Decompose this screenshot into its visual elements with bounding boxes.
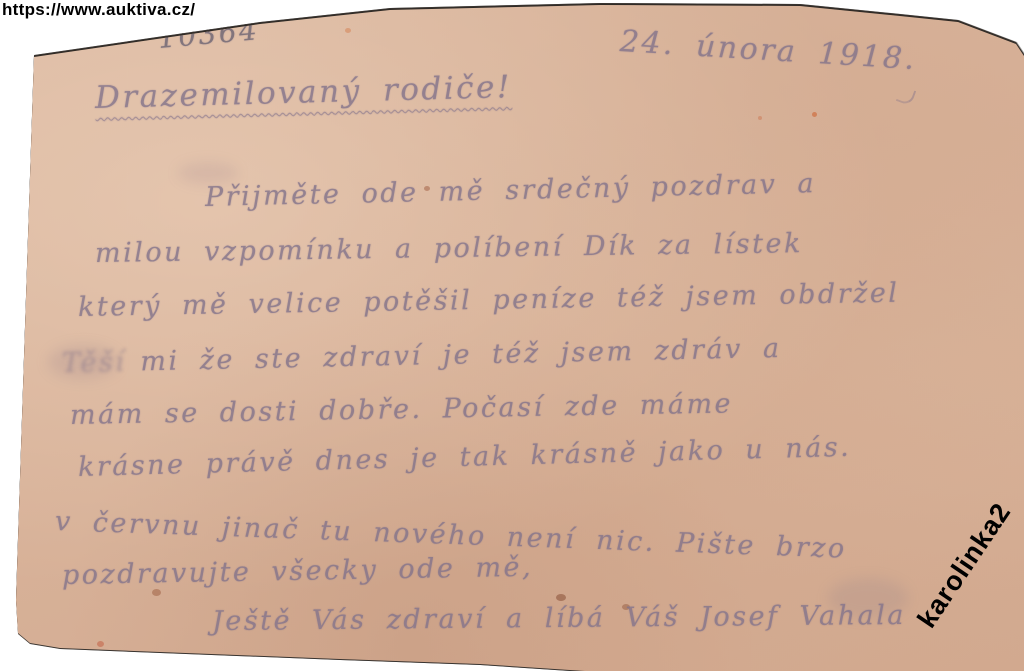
letter-line: milou vzpomínku a políbení Dík za lístek bbox=[95, 228, 803, 269]
letter-line: který mě velice potěšil peníze též jsem … bbox=[78, 278, 900, 323]
letter-line: Těšími že ste zdraví je též jsem zdráv a bbox=[62, 333, 782, 379]
stain-spot bbox=[345, 28, 351, 33]
auction-site-url-watermark: https://www.auktiva.cz/ bbox=[2, 0, 195, 20]
salutation-line: Drazemilovaný rodiče! bbox=[95, 69, 513, 116]
postcard: 10364 24. února 1918. Drazemilovaný rodi… bbox=[0, 0, 1024, 671]
letter-line: krásne právě dnes je tak krásně jako u n… bbox=[78, 432, 852, 483]
smudged-word: Těší bbox=[62, 347, 127, 379]
stain-spot bbox=[758, 116, 762, 120]
letter-line: Přijměte ode mě srdečný pozdrav a bbox=[205, 168, 817, 213]
letter-line: pozdravujte všecky ode mě, bbox=[62, 552, 534, 591]
postcard-paper: 10364 24. února 1918. Drazemilovaný rodi… bbox=[0, 0, 1024, 671]
scanned-postcard-image: 10364 24. února 1918. Drazemilovaný rodi… bbox=[0, 0, 1024, 671]
stain-spot bbox=[812, 112, 817, 117]
stray-pencil-mark bbox=[896, 86, 917, 107]
letter-line: mám se dosti dobře. Počasí zde máme bbox=[70, 388, 734, 431]
letter-line-text: mi že ste zdraví je též jsem zdráv a bbox=[140, 333, 782, 377]
date-line: 24. února 1918. bbox=[619, 24, 918, 77]
signature-line: Ještě Vás zdraví a líbá Váš Josef Vahala bbox=[212, 600, 906, 637]
stain-spot bbox=[556, 594, 566, 601]
stain-spot bbox=[97, 641, 104, 647]
stain-spot bbox=[152, 589, 161, 596]
